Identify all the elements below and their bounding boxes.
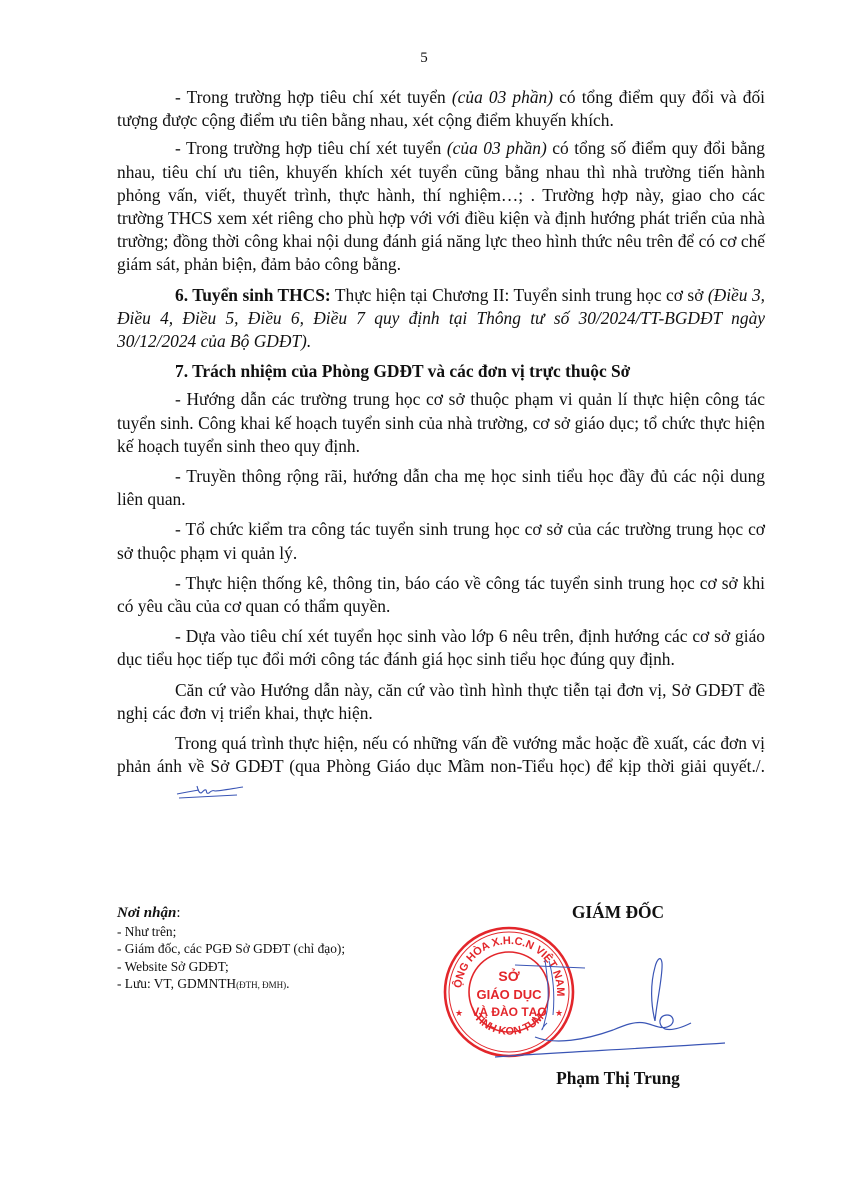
recipient-item: - Lưu: VT, GDMNTH(ĐTH, ĐMH). [117,975,437,994]
section-7-item: - Tổ chức kiểm tra công tác tuyển sinh t… [117,518,765,564]
text: Thực hiện tại Chương II: Tuyển sinh trun… [331,285,708,305]
section-6-heading: 6. Tuyển sinh THCS: [175,285,331,305]
recipients-title: Nơi nhận: [117,903,437,923]
paragraph-tie-break-1: - Trong trường hợp tiêu chí xét tuyển (c… [117,86,765,132]
recipient-item: - Như trên; [117,923,437,940]
section-7-item: - Dựa vào tiêu chí xét tuyển học sinh và… [117,625,765,671]
svg-text:★: ★ [455,1008,463,1018]
section-6: 6. Tuyển sinh THCS: Thực hiện tại Chương… [117,284,765,354]
section-7-item: - Thực hiện thống kê, thông tin, báo cáo… [117,572,765,618]
recipient-item: - Giám đốc, các PGĐ Sở GDĐT (chỉ đạo); [117,940,437,957]
handwritten-signature-icon [495,945,725,1065]
section-7-heading: 7. Trách nhiệm của Phòng GDĐT và các đơn… [117,360,765,383]
signer-title: GIÁM ĐỐC [528,902,708,923]
section-7-item: - Hướng dẫn các trường trung học cơ sở t… [117,388,765,458]
recipients-block: Nơi nhận: - Như trên; - Giám đốc, các PG… [117,903,437,995]
italic-text: (của 03 phần) [447,138,547,158]
closing-paragraph: Trong quá trình thực hiện, nếu có những … [117,732,765,802]
text: - Trong trường hợp tiêu chí xét tuyển [175,87,452,107]
text: có tổng số điểm quy đổi bằng nhau, tiêu … [117,138,765,274]
document-body: - Trong trường hợp tiêu chí xét tuyển (c… [117,86,765,809]
section-7-item: - Truyền thông rộng rãi, hướng dẫn cha m… [117,465,765,511]
italic-text: (của 03 phần) [452,87,553,107]
paragraph-tie-break-2: - Trong trường hợp tiêu chí xét tuyển (c… [117,137,765,276]
text: - Trong trường hợp tiêu chí xét tuyển [175,138,447,158]
closing-paragraph: Căn cứ vào Hướng dẫn này, căn cứ vào tìn… [117,679,765,725]
text: Trong quá trình thực hiện, nếu có những … [117,733,765,776]
initials-mark-icon [117,782,187,800]
recipient-item: - Website Sở GDĐT; [117,958,437,975]
signer-name: Phạm Thị Trung [528,1068,708,1089]
page-number: 5 [0,50,848,67]
